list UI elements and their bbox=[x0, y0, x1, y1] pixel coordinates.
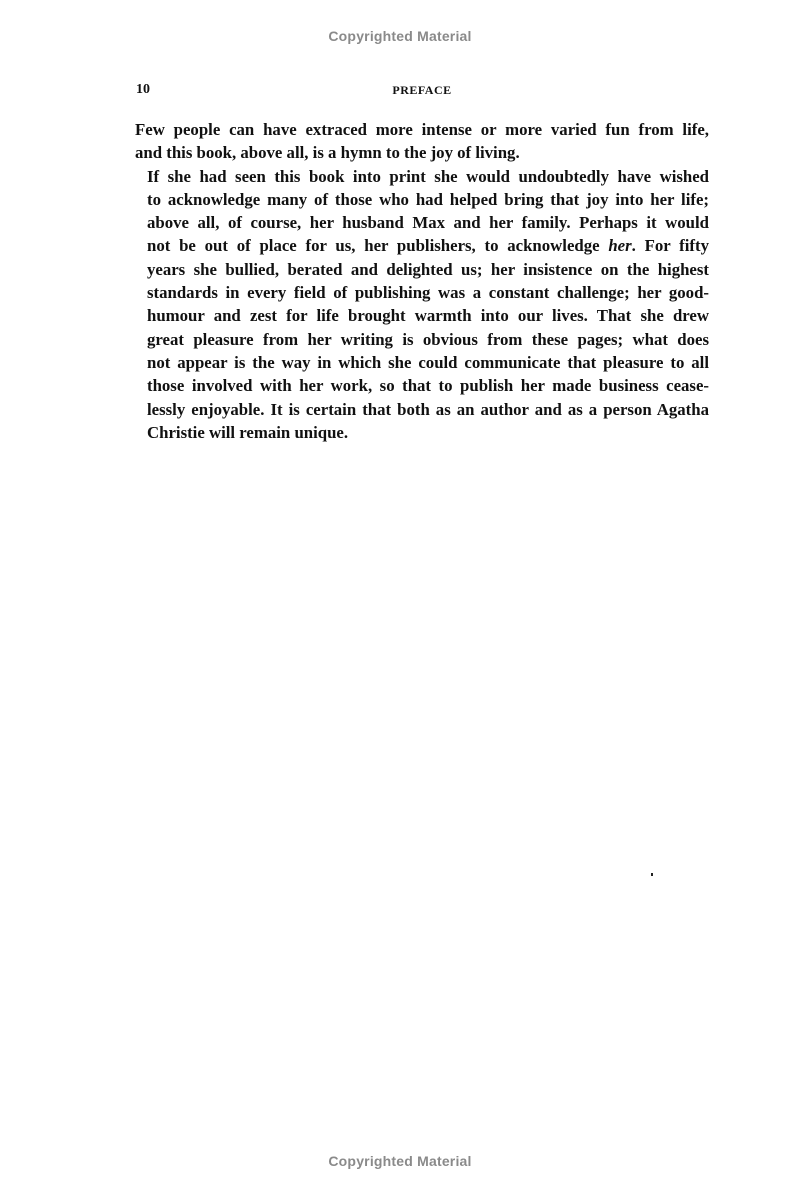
copyright-watermark-top: Copyrighted Material bbox=[0, 28, 800, 44]
text-line-with-emphasis: not be out of place for us, her publishe… bbox=[135, 234, 709, 257]
paragraph-2: If she had seen this book into print she… bbox=[135, 165, 709, 445]
text-line: great pleasure from her writing is obvio… bbox=[135, 328, 709, 351]
copyright-watermark-bottom: Copyrighted Material bbox=[0, 1153, 800, 1169]
text-line: and this book, above all, is a hymn to t… bbox=[135, 141, 709, 164]
text-line: Few people can have extraced more intens… bbox=[135, 118, 709, 141]
text-line: lessly enjoyable. It is certain that bot… bbox=[135, 398, 709, 421]
text-line: to acknowledge many of those who had hel… bbox=[135, 188, 709, 211]
text-line: humour and zest for life brought warmth … bbox=[135, 304, 709, 327]
text-segment: . For fifty bbox=[632, 236, 709, 255]
text-line: not appear is the way in which she could… bbox=[135, 351, 709, 374]
running-head: 10 PREFACE bbox=[136, 82, 708, 102]
text-line: years she bullied, berated and delighted… bbox=[135, 258, 709, 281]
paragraph-1: Few people can have extraced more intens… bbox=[135, 118, 709, 165]
section-title: PREFACE bbox=[136, 83, 708, 98]
text-line: above all, of course, her husband Max an… bbox=[135, 211, 709, 234]
text-line: those involved with her work, so that to… bbox=[135, 374, 709, 397]
text-line: Christie will remain unique. bbox=[135, 421, 709, 444]
text-line: If she had seen this book into print she… bbox=[135, 165, 709, 188]
text-segment: not be out of place for us, her publishe… bbox=[147, 236, 608, 255]
scan-speck bbox=[651, 873, 653, 876]
emphasis-her: her bbox=[608, 236, 631, 255]
text-line: standards in every field of publishing w… bbox=[135, 281, 709, 304]
body-text: Few people can have extraced more intens… bbox=[135, 118, 709, 444]
